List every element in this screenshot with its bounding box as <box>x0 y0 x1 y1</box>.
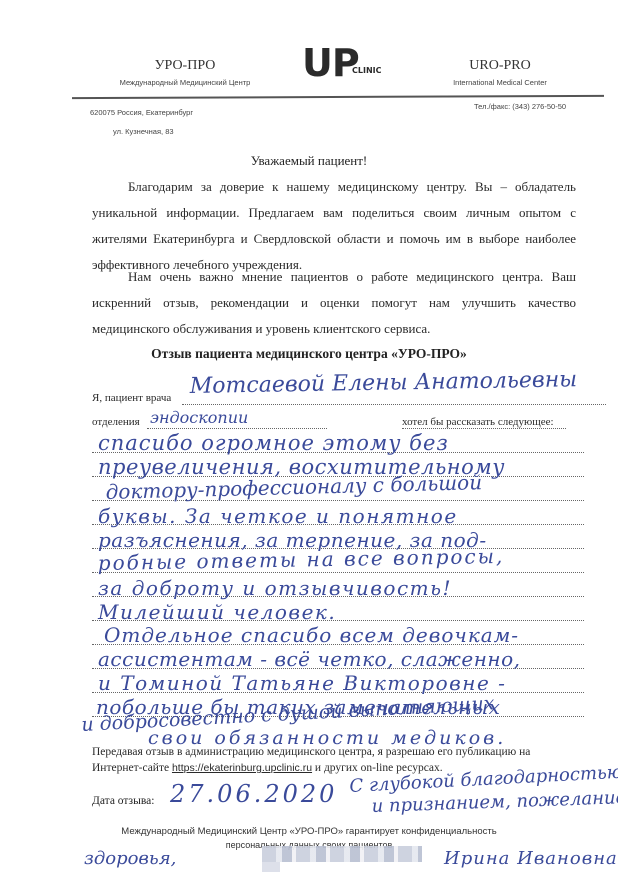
review-text-line-8[interactable]: Милейший человек. <box>98 600 336 624</box>
review-text-line-7[interactable]: за доброту и отзывчивость! <box>98 576 452 600</box>
website-link[interactable]: https://ekaterinburg.upclinic.ru <box>172 762 312 774</box>
footer-line-1: Международный Медицинский Центр «УРО-ПРО… <box>0 826 618 837</box>
closing-line-3a: здоровья, <box>84 848 176 869</box>
address-line-1: 620075 Россия, Екатеринбург <box>90 108 193 117</box>
phone-fax: Тел./факс: (343) 276-50-50 <box>474 102 566 111</box>
review-text-line-11[interactable]: и Томиной Татьяне Викторовне - <box>98 671 506 695</box>
redacted-region <box>262 846 422 862</box>
consent-prefix: Интернет-сайте <box>92 762 169 774</box>
closing-line-3b: Ирина Ивановна <box>444 848 618 869</box>
header-divider <box>72 95 604 99</box>
logo-up: UP <box>302 44 359 82</box>
redacted-region-tail <box>262 862 280 872</box>
doctor-label: Я, пациент врача <box>92 392 171 404</box>
doctor-field-line <box>182 404 606 405</box>
date-value[interactable]: 27.06.2020 <box>170 780 337 808</box>
clinic-subtitle-en: International Medical Center <box>420 78 580 87</box>
department-field-line <box>147 428 327 429</box>
consent-text-line-1: Передавая отзыв в администрацию медицинс… <box>92 744 612 760</box>
clinic-name-ru: УРО-ПРО <box>60 58 310 74</box>
doctor-field-value[interactable]: Мотсаевой Елены Анатольевны <box>190 367 578 399</box>
department-field-value[interactable]: эндоскопии <box>150 408 248 427</box>
intro-paragraph-1-text: Благодарим за доверие к нашему медицинск… <box>92 179 576 272</box>
review-text-line-10[interactable]: ассистентам - всё четко, слаженно, <box>98 647 520 671</box>
intro-paragraph-1: Благодарим за доверие к нашему медицинск… <box>92 174 576 278</box>
form-title: Отзыв пациента медицинского центра «УРО-… <box>0 346 618 362</box>
intro-paragraph-2-text: Нам очень важно мнение пациентов о работ… <box>92 269 576 336</box>
department-label: отделения <box>92 416 140 428</box>
intro-paragraph-2: Нам очень важно мнение пациентов о работ… <box>92 264 576 342</box>
logo-clinic: CLINIC <box>352 66 382 75</box>
date-label: Дата отзыва: <box>92 795 154 807</box>
review-text-line-1[interactable]: спасибо огромное этому без <box>98 431 449 455</box>
clinic-subtitle-ru: Международный Медицинский Центр <box>60 78 310 87</box>
address-line-2: ул. Кузнечная, 83 <box>113 127 174 136</box>
clinic-name-en: URO-PRO <box>420 58 580 74</box>
review-text-line-9[interactable]: Отдельное спасибо всем девочкам- <box>104 623 519 647</box>
tell-label-underline <box>402 428 566 429</box>
review-text-line-4[interactable]: буквы. За четкое и понятное <box>98 504 458 528</box>
tell-label: хотел бы рассказать следующее: <box>402 416 554 428</box>
greeting: Уважаемый пациент! <box>0 153 618 169</box>
